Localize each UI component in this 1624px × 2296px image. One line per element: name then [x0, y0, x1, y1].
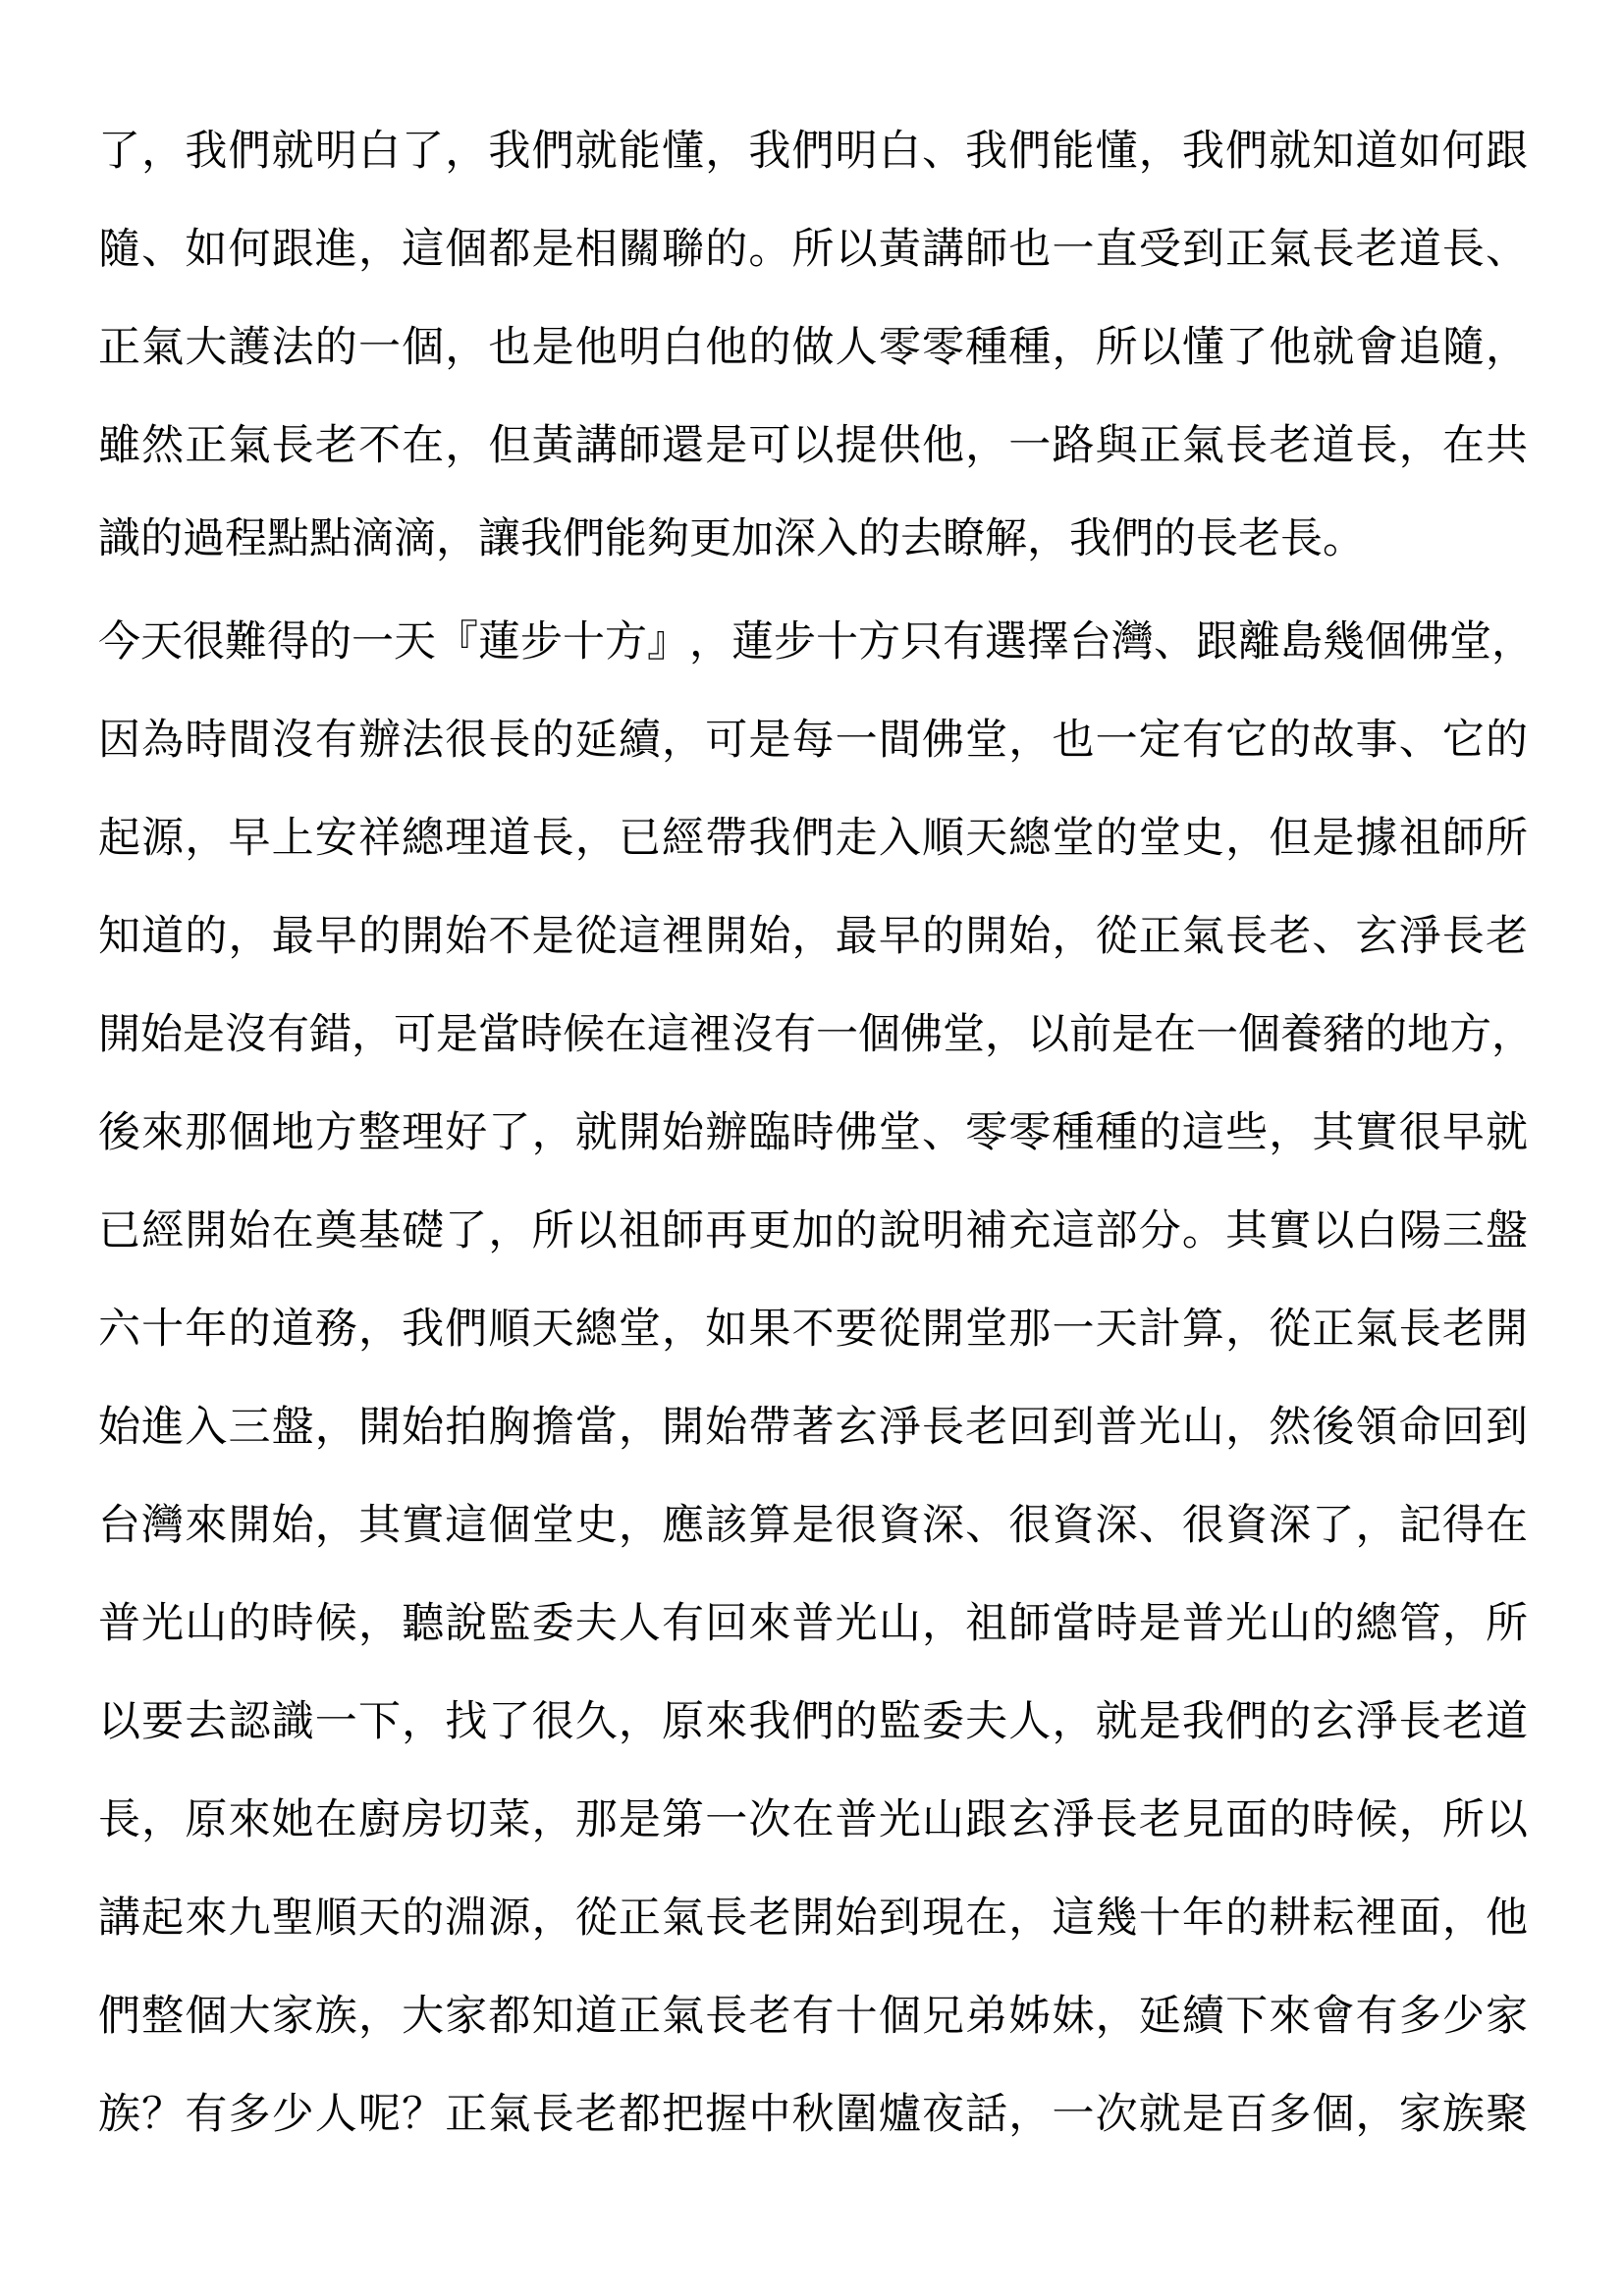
glyph: ， [1356, 1492, 1398, 1552]
glyph: 個 [1365, 609, 1407, 668]
glyph: 長 [922, 1394, 964, 1454]
glyph: 補 [965, 1198, 1007, 1257]
glyph: 長 [1312, 216, 1354, 276]
glyph: 人 [836, 314, 878, 374]
glyph: 上 [272, 805, 314, 865]
glyph: ， [228, 903, 270, 963]
glyph: 在 [605, 1001, 647, 1061]
glyph: 開 [358, 1394, 401, 1454]
glyph: 到 [1486, 1394, 1528, 1454]
glyph: 氣 [1269, 216, 1311, 276]
text-line: 長，原來她在廚房切菜，那是第一次在普光山跟玄淨長老見面的時候，所以 [98, 1767, 1528, 1865]
glyph: 共 [1486, 412, 1528, 472]
text-line: 知道的，最早的開始不是從這裡開始，最早的開始，從正氣長老、玄淨長老 [98, 883, 1528, 982]
glyph: 這 [1052, 1885, 1094, 1945]
glyph: 道 [575, 1983, 618, 2043]
glyph: 台 [1069, 609, 1111, 668]
glyph: 我 [488, 118, 530, 178]
glyph: 後 [1312, 1394, 1354, 1454]
glyph: 續 [619, 707, 661, 767]
glyph: 老 [748, 1983, 790, 2043]
glyph: ， [1225, 1296, 1268, 1356]
glyph: 去 [185, 1688, 227, 1748]
glyph: 從 [1269, 1296, 1311, 1356]
glyph: 這 [402, 216, 444, 276]
glyph: 有 [267, 1001, 309, 1061]
glyph: 深 [1096, 1492, 1138, 1552]
text-line: 了，我們就明白了，我們就能懂，我們明白、我們能懂，我們就知道如何跟 [98, 98, 1528, 196]
glyph: 以 [836, 216, 878, 276]
glyph: 有 [185, 2081, 227, 2141]
glyph: 老 [1486, 903, 1528, 963]
text-line: 已經開始在奠基礎了，所以祖師再更加的說明補充這部分。其實以白陽三盤 [98, 1178, 1528, 1276]
glyph: 灣 [141, 1492, 184, 1552]
glyph: 的 [1486, 707, 1528, 767]
glyph: 老 [575, 2081, 618, 2141]
glyph: 夫 [965, 1688, 1007, 1748]
glyph: 百 [1225, 2081, 1268, 2141]
glyph: 開 [965, 903, 1007, 963]
glyph: 進 [141, 1394, 184, 1454]
glyph: 。 [1182, 1198, 1224, 1257]
glyph: 老 [1442, 1688, 1485, 1748]
glyph: 道 [1399, 216, 1441, 276]
glyph: ， [689, 609, 731, 668]
glyph: 明 [836, 118, 878, 178]
glyph: 天 [1096, 1296, 1138, 1356]
glyph: 玄 [1312, 1688, 1354, 1748]
glyph: 始 [1008, 903, 1051, 963]
glyph: ， [1225, 805, 1268, 865]
glyph: 人 [315, 2081, 357, 2141]
glyph: ， [358, 1590, 401, 1650]
glyph: 們 [1008, 118, 1051, 178]
glyph: 時 [185, 707, 227, 767]
glyph: 有 [1356, 1983, 1398, 2043]
glyph: 、 [1486, 216, 1528, 276]
glyph: 是 [1182, 2081, 1224, 2141]
glyph: 計 [1139, 1296, 1181, 1356]
glyph: 老 [1269, 903, 1311, 963]
glyph: 順 [922, 805, 964, 865]
glyph: 步 [520, 609, 563, 668]
glyph: 的 [836, 1688, 878, 1748]
glyph: 天 [394, 609, 436, 668]
glyph: 總 [575, 1296, 618, 1356]
glyph: 分 [1139, 1198, 1181, 1257]
glyph: 做 [792, 314, 835, 374]
glyph: 長 [532, 2081, 574, 2141]
glyph: 山 [1182, 1394, 1224, 1454]
glyph: 長 [1399, 1688, 1441, 1748]
glyph: 這 [647, 1001, 689, 1061]
glyph: 長 [1225, 412, 1268, 472]
glyph: 提 [836, 412, 878, 472]
glyph: 帶 [748, 1394, 790, 1454]
text-line: 後來那個地方整理好了，就開始辦臨時佛堂、零零種種的這些，其實很早就 [98, 1080, 1528, 1178]
glyph: 的 [1365, 1001, 1407, 1061]
glyph: 三 [228, 1394, 270, 1454]
glyph: 算 [1182, 1296, 1224, 1356]
glyph: 的 [402, 1885, 444, 1945]
glyph: 是 [1139, 1688, 1181, 1748]
glyph: 不 [792, 1296, 835, 1356]
glyph: 跟 [1486, 118, 1528, 178]
glyph: 然 [1269, 1394, 1311, 1454]
glyph: 有 [943, 609, 985, 668]
glyph: 就 [575, 1099, 618, 1159]
glyph: ， [1486, 314, 1528, 374]
glyph: 再 [705, 1198, 747, 1257]
glyph: 法 [272, 314, 314, 374]
glyph: 房 [402, 1787, 444, 1846]
glyph: 有 [315, 707, 357, 767]
glyph: 了 [445, 1198, 487, 1257]
glyph: 候 [315, 1590, 357, 1650]
glyph: 氣 [141, 314, 184, 374]
glyph: 族 [315, 1983, 357, 2043]
glyph: 是 [183, 1001, 225, 1061]
glyph: 就 [1486, 1099, 1528, 1159]
glyph: 正 [619, 1885, 661, 1945]
glyph: 第 [662, 1787, 704, 1846]
glyph: 方 [858, 609, 900, 668]
glyph: 多 [1269, 2081, 1311, 2141]
glyph: 淨 [1356, 1688, 1398, 1748]
glyph: 盤 [1486, 1198, 1528, 1257]
glyph: 爐 [879, 2081, 921, 2141]
glyph: 開 [98, 1001, 140, 1061]
glyph: 呢 [358, 2081, 401, 2141]
glyph: 也 [488, 314, 530, 374]
glyph: 候 [563, 1001, 605, 1061]
glyph: 很 [836, 1492, 878, 1552]
glyph: 何 [228, 216, 270, 276]
glyph: 種 [1052, 1099, 1094, 1159]
glyph: ， [445, 314, 487, 374]
glyph: 隨 [1442, 314, 1485, 374]
glyph: 白 [1356, 1198, 1398, 1257]
glyph: 延 [1139, 1983, 1181, 2043]
glyph: 一 [1096, 707, 1138, 767]
text-line: 今天很難得的一天『蓮步十方』，蓮步十方只有選擇台灣、跟離島幾個佛堂， [98, 589, 1528, 687]
glyph: 長 [1442, 903, 1485, 963]
text-line: 始進入三盤，開始拍胸擔當，開始帶著玄淨長老回到普光山，然後領命回到 [98, 1374, 1528, 1472]
glyph: 難 [225, 609, 267, 668]
glyph: 跟 [965, 1787, 1007, 1846]
glyph: 開 [185, 1198, 227, 1257]
glyph: 少 [1442, 1983, 1485, 2043]
glyph: 十 [563, 609, 605, 668]
glyph: 就 [272, 118, 314, 178]
glyph: 的 [1269, 1688, 1311, 1748]
glyph: 正 [185, 412, 227, 472]
glyph: 、 [965, 1492, 1007, 1552]
glyph: 們 [792, 805, 835, 865]
glyph: 從 [575, 903, 618, 963]
glyph: 方 [605, 609, 647, 668]
glyph: 回 [1008, 1394, 1051, 1454]
glyph: 為 [141, 707, 184, 767]
glyph: 個 [488, 1492, 530, 1552]
glyph: 們 [445, 1296, 487, 1356]
glyph: 玄 [836, 1394, 878, 1454]
glyph: 有 [1182, 707, 1224, 767]
glyph: 在 [402, 412, 444, 472]
glyph: 始 [140, 1001, 183, 1061]
glyph: 是 [1139, 1590, 1181, 1650]
glyph: 長 [1399, 1296, 1441, 1356]
glyph: 務 [315, 1296, 357, 1356]
glyph: 起 [98, 805, 140, 865]
glyph: 來 [185, 1885, 227, 1945]
text-line: 族？有多少人呢？正氣長老都把握中秋圍爐夜話，一次就是百多個，家族聚 [98, 2061, 1528, 2160]
glyph: 有 [662, 1590, 704, 1650]
glyph: 堂 [965, 707, 1007, 767]
glyph: 一 [352, 609, 394, 668]
glyph: 如 [185, 216, 227, 276]
glyph: 講 [922, 216, 964, 276]
glyph: 以 [98, 1688, 140, 1748]
glyph: 其 [1225, 1198, 1268, 1257]
glyph: 資 [1225, 1492, 1268, 1552]
glyph: 是 [1111, 1001, 1154, 1061]
glyph: 一 [1052, 216, 1094, 276]
glyph: 十 [816, 609, 858, 668]
glyph: 早 [1442, 1099, 1485, 1159]
glyph: 要 [141, 1688, 184, 1748]
glyph: 到 [1182, 216, 1224, 276]
glyph: 我 [748, 1688, 790, 1748]
glyph: 白 [358, 118, 401, 178]
glyph: 個 [1238, 1001, 1280, 1061]
glyph: 是 [436, 1001, 478, 1061]
glyph: 今 [98, 609, 140, 668]
glyph: 來 [748, 1590, 790, 1650]
glyph: 懂 [1182, 314, 1224, 374]
glyph: 的 [532, 707, 574, 767]
glyph: 基 [358, 1198, 401, 1257]
glyph: 很 [183, 609, 225, 668]
glyph: 因 [98, 707, 140, 767]
glyph: 地 [1407, 1001, 1449, 1061]
glyph: 就 [1269, 118, 1311, 178]
glyph: ， [141, 1787, 184, 1846]
glyph: 妹 [1052, 1983, 1094, 2043]
glyph: 師 [619, 412, 661, 472]
glyph: 來 [141, 1099, 184, 1159]
glyph: ， [662, 1296, 704, 1356]
glyph: 原 [662, 1688, 704, 1748]
glyph: 擇 [1027, 609, 1069, 668]
glyph: ， [1008, 2081, 1051, 2141]
glyph: 她 [272, 1787, 314, 1846]
glyph: 他 [575, 314, 618, 374]
glyph: 時 [520, 1001, 563, 1061]
glyph: 路 [1052, 412, 1094, 472]
glyph: 正 [1139, 903, 1181, 963]
glyph: 、 [141, 216, 184, 276]
glyph: 時 [1312, 1787, 1354, 1846]
glyph: 堂 [943, 1001, 985, 1061]
glyph: 長 [1096, 1787, 1138, 1846]
glyph: 當 [1052, 1590, 1094, 1650]
glyph: 都 [488, 1983, 530, 2043]
glyph: ， [532, 1099, 574, 1159]
glyph: 已 [98, 1198, 140, 1257]
glyph: 所 [1096, 314, 1138, 374]
glyph: 在 [1486, 1492, 1528, 1552]
glyph: 一 [705, 1787, 747, 1846]
glyph: 佛 [836, 1099, 878, 1159]
glyph: 所 [532, 1198, 574, 1257]
glyph: 但 [1269, 805, 1311, 865]
glyph: 話 [965, 2081, 1007, 2141]
glyph: 是 [532, 314, 574, 374]
glyph: 長 [705, 1983, 747, 2043]
glyph: ， [315, 1492, 357, 1552]
glyph: 會 [1312, 1983, 1354, 2043]
text-line: 因為時間沒有辦法很長的延續，可是每一間佛堂，也一定有它的故事、它的 [98, 687, 1528, 785]
glyph: 十 [836, 1983, 878, 2043]
glyph: 離 [1238, 609, 1280, 668]
glyph: 島 [1280, 609, 1323, 668]
glyph: 走 [836, 805, 878, 865]
glyph: 祖 [965, 1590, 1007, 1650]
glyph: 師 [662, 1198, 704, 1257]
glyph: 是 [1312, 805, 1354, 865]
glyph: 臨 [748, 1099, 790, 1159]
glyph: 山 [922, 1787, 964, 1846]
glyph: 老 [1269, 412, 1311, 472]
glyph: 們 [792, 1688, 835, 1748]
glyph: 裡 [662, 903, 704, 963]
glyph: 然 [141, 412, 184, 472]
glyph: 普 [98, 1590, 140, 1650]
glyph: 家 [272, 1983, 314, 2043]
glyph: 聽 [402, 1590, 444, 1650]
glyph: 找 [445, 1688, 487, 1748]
glyph: ， [1399, 1787, 1441, 1846]
glyph: 該 [705, 1492, 747, 1552]
glyph: 就 [1096, 1688, 1138, 1748]
glyph: 零 [965, 1099, 1007, 1159]
glyph: 山 [879, 1590, 921, 1650]
text-line: 以要去認識一下，找了很久，原來我們的監委夫人，就是我們的玄淨長老道 [98, 1669, 1528, 1767]
text-line: 們整個大家族，大家都知道正氣長老有十個兄弟姊妹，延續下來會有多少家 [98, 1963, 1528, 2061]
glyph: 法 [402, 707, 444, 767]
glyph: 事 [1356, 707, 1398, 767]
glyph: 個 [858, 1001, 900, 1061]
glyph: 其 [358, 1492, 401, 1552]
glyph: ， [1442, 1590, 1485, 1650]
glyph: 長 [98, 1787, 140, 1846]
glyph: 開 [792, 1885, 835, 1945]
glyph: 識 [272, 1688, 314, 1748]
glyph: 一 [836, 707, 878, 767]
glyph: 長 [1356, 412, 1398, 472]
glyph: 源 [141, 805, 184, 865]
glyph: 在 [965, 1885, 1007, 1945]
glyph: 始 [228, 1198, 270, 1257]
glyph: 了 [1225, 314, 1268, 374]
text-line: 普光山的時候，聽說監委夫人有回來普光山，祖師當時是普光山的總管，所 [98, 1571, 1528, 1669]
glyph: 了 [488, 1688, 530, 1748]
glyph: 經 [662, 805, 704, 865]
glyph: 明 [619, 314, 661, 374]
glyph: 有 [774, 1001, 816, 1061]
glyph: 我 [185, 118, 227, 178]
glyph: 著 [792, 1394, 835, 1454]
glyph: 正 [1312, 1296, 1354, 1356]
glyph: 是 [619, 1787, 661, 1846]
glyph: 順 [488, 1296, 530, 1356]
glyph: 佛 [1407, 609, 1449, 668]
glyph: 了 [98, 118, 140, 178]
glyph: ？ [402, 2081, 444, 2141]
glyph: 它 [1225, 707, 1268, 767]
glyph: 延 [575, 707, 618, 767]
glyph: 總 [1008, 805, 1051, 865]
glyph: 追 [1399, 314, 1441, 374]
glyph: 的 [922, 903, 964, 963]
glyph: 們 [1225, 1688, 1268, 1748]
glyph: 道 [1356, 118, 1398, 178]
glyph: 師 [1442, 805, 1485, 865]
glyph: 開 [402, 903, 444, 963]
glyph: 的 [836, 1198, 878, 1257]
glyph: 都 [488, 216, 530, 276]
text-line: 隨、如何跟進，這個都是相關聯的。所以黃講師也一直受到正氣長老道長、 [98, 196, 1528, 294]
glyph: 充 [1008, 1198, 1051, 1257]
text-line: 開始是沒有錯，可是當時候在這裡沒有一個佛堂，以前是在一個養豬的地方， [98, 982, 1528, 1080]
glyph: 秋 [792, 2081, 835, 2141]
glyph: 族 [1442, 2081, 1485, 2141]
glyph: 始 [662, 1099, 704, 1159]
glyph: 的 [358, 903, 401, 963]
glyph: 後 [98, 1099, 140, 1159]
glyph: 始 [705, 1394, 747, 1454]
glyph: 以 [575, 1198, 618, 1257]
glyph: 果 [748, 1296, 790, 1356]
glyph: 就 [575, 118, 618, 178]
glyph: 始 [402, 1394, 444, 1454]
glyph: 所 [1442, 1787, 1485, 1846]
glyph: 天 [140, 609, 183, 668]
glyph: 聯 [662, 216, 704, 276]
glyph: 的 [309, 609, 352, 668]
glyph: 整 [141, 1983, 184, 2043]
glyph: 、 [1312, 903, 1354, 963]
glyph: 深 [1269, 1492, 1311, 1552]
glyph: 加 [792, 1198, 835, 1257]
glyph: ， [358, 216, 401, 276]
glyph: 普 [836, 1787, 878, 1846]
glyph: 天 [532, 1296, 574, 1356]
glyph: 是 [748, 707, 790, 767]
glyph: ， [532, 1787, 574, 1846]
glyph: 下 [1225, 1983, 1268, 2043]
glyph: 一 [816, 1001, 858, 1061]
glyph: 十 [141, 1296, 184, 1356]
glyph: 回 [705, 1590, 747, 1650]
glyph: 據 [1356, 805, 1398, 865]
text-line: 台灣來開始，其實這個堂史，應該算是很資深、很資深、很資深了，記得在 [98, 1472, 1528, 1571]
glyph: 那 [575, 1787, 618, 1846]
glyph: 懂 [662, 118, 704, 178]
glyph: 懂 [1096, 118, 1138, 178]
glyph: 史 [575, 1492, 618, 1552]
